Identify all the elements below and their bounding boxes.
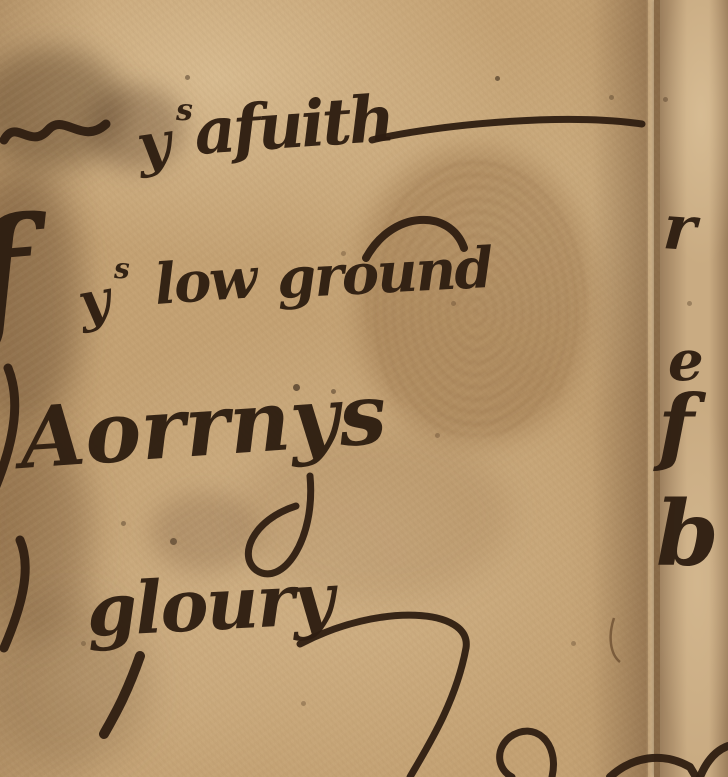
handwriting-layer: y s afuith f y s low ground Aorrnys glou… [0,0,728,777]
hw-line1-superscript-s: s [175,93,193,128]
ink-stroke-g-descender [104,656,140,734]
hw-line1-y: y [131,107,180,180]
hw-strip-glyph-r: r [661,190,703,265]
ink-stroke-bottom-right-swash [610,758,696,777]
ink-stroke-line1-left-fragment [4,124,106,140]
hw-line2-left-fragment-f: f [0,183,59,367]
ink-stroke-line3-left-fragment [0,368,15,486]
ink-stroke-bottom-loop [500,731,554,777]
hw-line3-word-aorrnys: Aorrnys [10,364,390,489]
hw-strip-glyph-b: b [656,481,719,587]
hw-line2-word-low: low [152,245,261,318]
hw-line4-word-gloury: gloury [84,555,340,653]
hw-line2-superscript-s: s [113,252,130,285]
manuscript-photo: y s afuith f y s low ground Aorrnys glou… [0,0,728,777]
hw-line2-y: y [72,266,119,335]
ink-stroke-line1-tail [372,119,642,140]
ink-stroke-left-lower-fragment [4,540,25,648]
ink-stroke-bottom-corner [700,746,728,777]
paper-fiber [611,618,620,662]
hw-line1-word-afuith: afuith [192,81,395,170]
